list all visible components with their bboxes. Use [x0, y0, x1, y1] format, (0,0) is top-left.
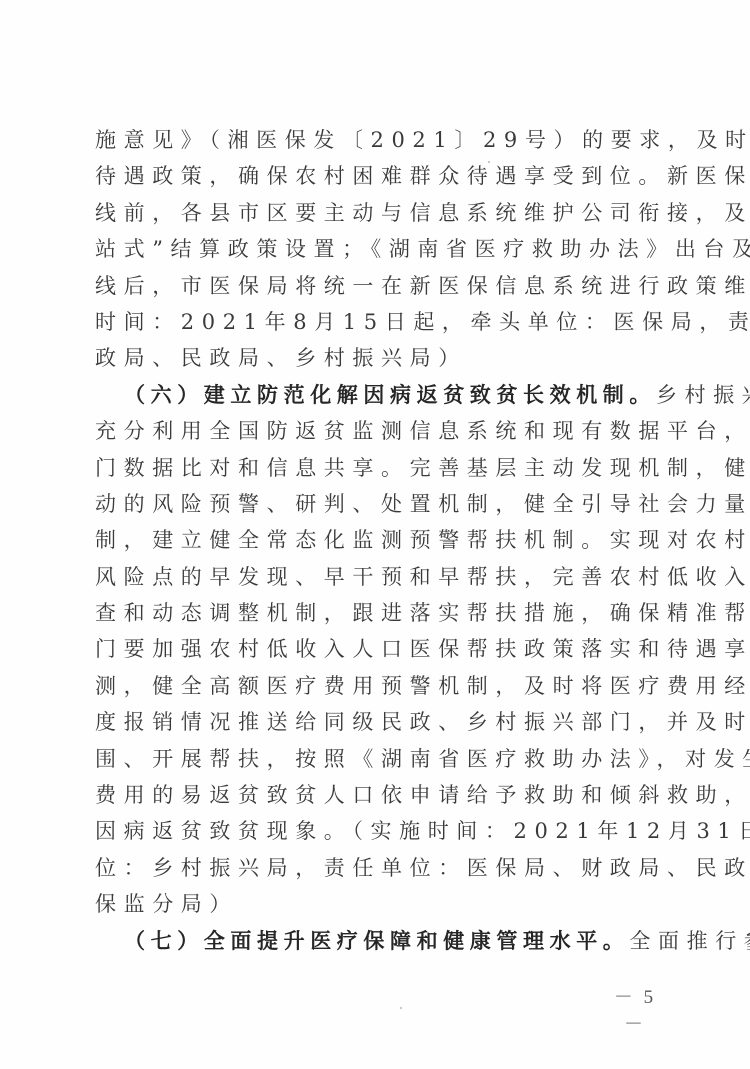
section-heading-7: （七）全面提升医疗保障和健康管理水平。 [124, 929, 629, 953]
body-text: 施意见》（湘医保发〔2021〕29号）的要求，及时调整医疗保障 待遇政策，确保农… [95, 122, 655, 959]
text-line: 测，健全高额医疗费用预警机制，及时将医疗费用经三重保障制 [95, 668, 655, 704]
text-line: 政局、民政局、乡村振兴局） [95, 340, 655, 376]
page-number: － 5 － [610, 982, 660, 1036]
text-line: 度报销情况推送给同级民政、乡村振兴部门，并及时纳入监测范 [95, 704, 655, 740]
text-line: 围、开展帮扶，按照《湖南省医疗救助办法》，对发生高额医疗 [95, 741, 655, 777]
text-line: 站式”结算政策设置；《湖南省医疗救助办法》出台及新系统上 [95, 231, 655, 267]
text-line: 门要加强农村低收入人口医保帮扶政策落实和待遇享受情况监 [95, 631, 655, 667]
document-page: 施意见》（湘医保发〔2021〕29号）的要求，及时调整医疗保障 待遇政策，确保农… [0, 0, 750, 1069]
text-line: 查和动态调整机制，跟进落实帮扶措施，确保精准帮扶。医保部 [95, 595, 655, 631]
text-line: 因病返贫致贫现象。（实施时间：2021年12月31日前，牵头单 [95, 813, 655, 849]
section-heading-line-7: （七）全面提升医疗保障和健康管理水平。全面推行参保人 [95, 923, 655, 959]
text-span: 乡村振兴部门 [656, 383, 750, 407]
text-line: 保监分局） [95, 886, 655, 922]
text-line: 线后，市医保局将统一在新医保信息系统进行政策维护。（实施 [95, 268, 655, 304]
text-line: 施意见》（湘医保发〔2021〕29号）的要求，及时调整医疗保障 [95, 122, 655, 158]
section-heading-line-6: （六）建立防范化解因病返贫致贫长效机制。乡村振兴部门 [95, 377, 655, 413]
text-line: 充分利用全国防返贫监测信息系统和现有数据平台，加强与各部 [95, 413, 655, 449]
text-line: 风险点的早发现、早干预和早帮扶，完善农村低收入人口定期核 [95, 559, 655, 595]
text-line: 制，建立健全常态化监测预警帮扶机制。实现对农村低收入人口 [95, 522, 655, 558]
text-line: 线前，各县市区要主动与信息系统维护公司衔接，及时维护“一 [95, 195, 655, 231]
text-line: 位：乡村振兴局，责任单位：医保局、财政局、民政局、岳阳银 [95, 850, 655, 886]
scan-speck [488, 161, 490, 163]
text-line: 动的风险预警、研判、处置机制，健全引导社会力量参与减贫机 [95, 486, 655, 522]
scan-speck [400, 1007, 402, 1009]
section-heading-6: （六）建立防范化解因病返贫致贫长效机制。 [124, 383, 656, 407]
text-span: 全面推行参保人 [629, 929, 750, 953]
text-line: 门数据比对和信息共享。完善基层主动发现机制，健全多部门联 [95, 450, 655, 486]
text-line: 费用的易返贫致贫人口依申请给予救助和倾斜救助，确保不发生 [95, 777, 655, 813]
text-line: 待遇政策，确保农村困难群众待遇享受到位。新医保信息平台上 [95, 158, 655, 194]
text-line: 时间：2021年8月15日起，牵头单位：医保局，责任单位：财 [95, 304, 655, 340]
